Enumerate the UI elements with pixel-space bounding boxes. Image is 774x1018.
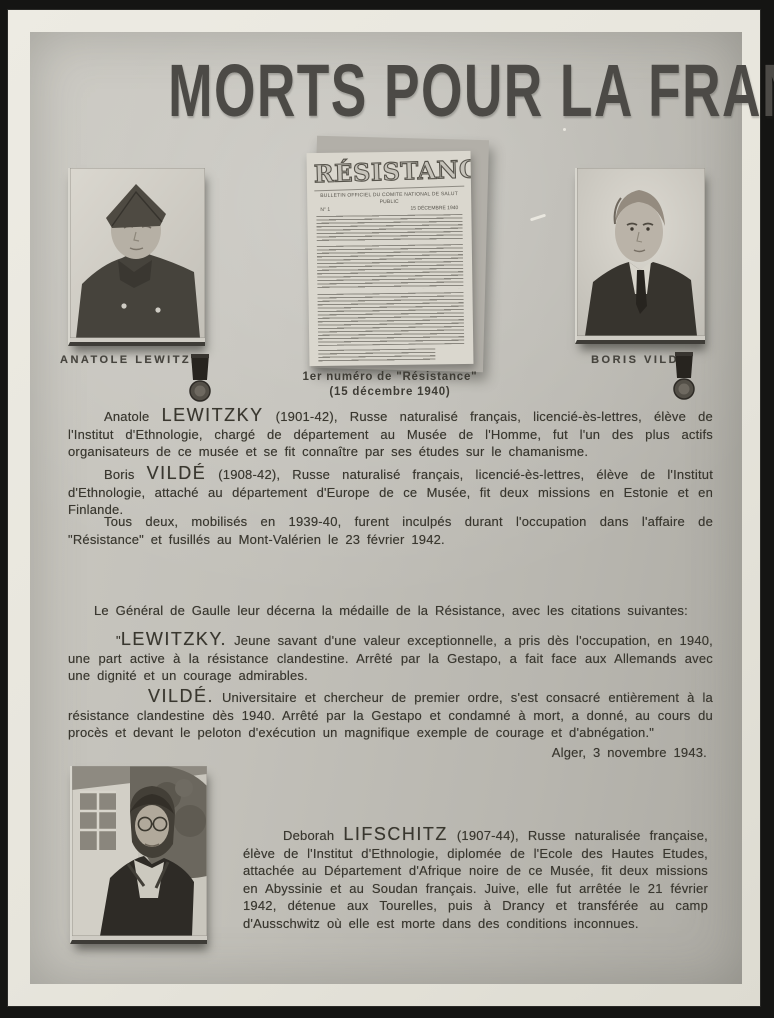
memorial-poster: MORTS POUR LA FRANCE: [30, 32, 742, 984]
portrait-boris-vilde-image: [577, 168, 705, 336]
citation-dateline: Alger, 3 novembre 1943.: [68, 744, 713, 762]
bio-lifschitz: Deborah LIFSCHITZ (1907-44), Russe natur…: [243, 825, 708, 932]
resistance-newspaper: RÉSISTANCE BULLETIN OFFICIEL DU COMITE N…: [307, 151, 474, 366]
resistance-medal-icon: [672, 352, 696, 406]
bio-vilde-name: VILDÉ: [147, 463, 207, 483]
newspaper-masthead: RÉSISTANCE: [313, 155, 464, 192]
bio-vilde-lead: Boris: [104, 467, 147, 482]
poster-title: MORTS POUR LA FRANCE: [30, 48, 742, 133]
portrait-anatole-lewitzky: [68, 168, 205, 346]
citation-lewitzky-name: LEWITZKY.: [121, 629, 227, 649]
citation-lewitzky: "LEWITZKY. Jeune savant d'une valeur exc…: [68, 630, 713, 685]
resistance-medal-icon: [188, 354, 212, 408]
bio-vilde: Boris VILDÉ (1908-42), Russe naturalisé …: [68, 464, 713, 519]
bio-lewitzky-lead: Anatole: [104, 409, 162, 424]
bio-lewitzky: Anatole LEWITZKY (1901-42), Russe natura…: [68, 406, 713, 461]
wall-mark: [563, 128, 566, 131]
citations-intro: Le Général de Gaulle leur décerna la méd…: [68, 602, 713, 620]
bio-lifschitz-lead: Deborah: [283, 828, 343, 843]
portrait-boris-vilde: [575, 168, 705, 344]
wall-scratch: [530, 214, 546, 222]
newspaper-issue-number: N° 1: [320, 207, 330, 213]
newspaper-body-text: [314, 214, 466, 362]
newspaper-caption-line2: (15 décembre 1940): [290, 385, 490, 400]
portrait-deborah-lifschitz: [70, 766, 207, 944]
newspaper-issue-line: N° 1 15 DÉCEMBRE 1940: [314, 205, 464, 213]
newspaper-caption-line1: 1er numéro de "Résistance": [290, 370, 490, 385]
citation-vilde: VILDÉ. Universitaire et chercheur de pre…: [68, 687, 713, 742]
bio-lewitzky-name: LEWITZKY: [162, 405, 264, 425]
photograph: MORTS POUR LA FRANCE: [0, 0, 774, 1018]
newspaper-issue-date: 15 DÉCEMBRE 1940: [410, 205, 458, 212]
bio-lifschitz-name: LIFSCHITZ: [343, 824, 448, 844]
newspaper-caption: 1er numéro de "Résistance" (15 décembre …: [290, 370, 490, 400]
photo-print-border: MORTS POUR LA FRANCE: [8, 10, 760, 1006]
bio-lifschitz-text: (1907-44), Russe naturalisée française, …: [243, 828, 708, 931]
portrait-anatole-lewitzky-image: [70, 168, 205, 338]
bio-both: Tous deux, mobilisés en 1939-40, furent …: [68, 513, 713, 548]
citation-vilde-name: VILDÉ.: [148, 686, 214, 706]
portrait-deborah-lifschitz-image: [72, 766, 207, 936]
